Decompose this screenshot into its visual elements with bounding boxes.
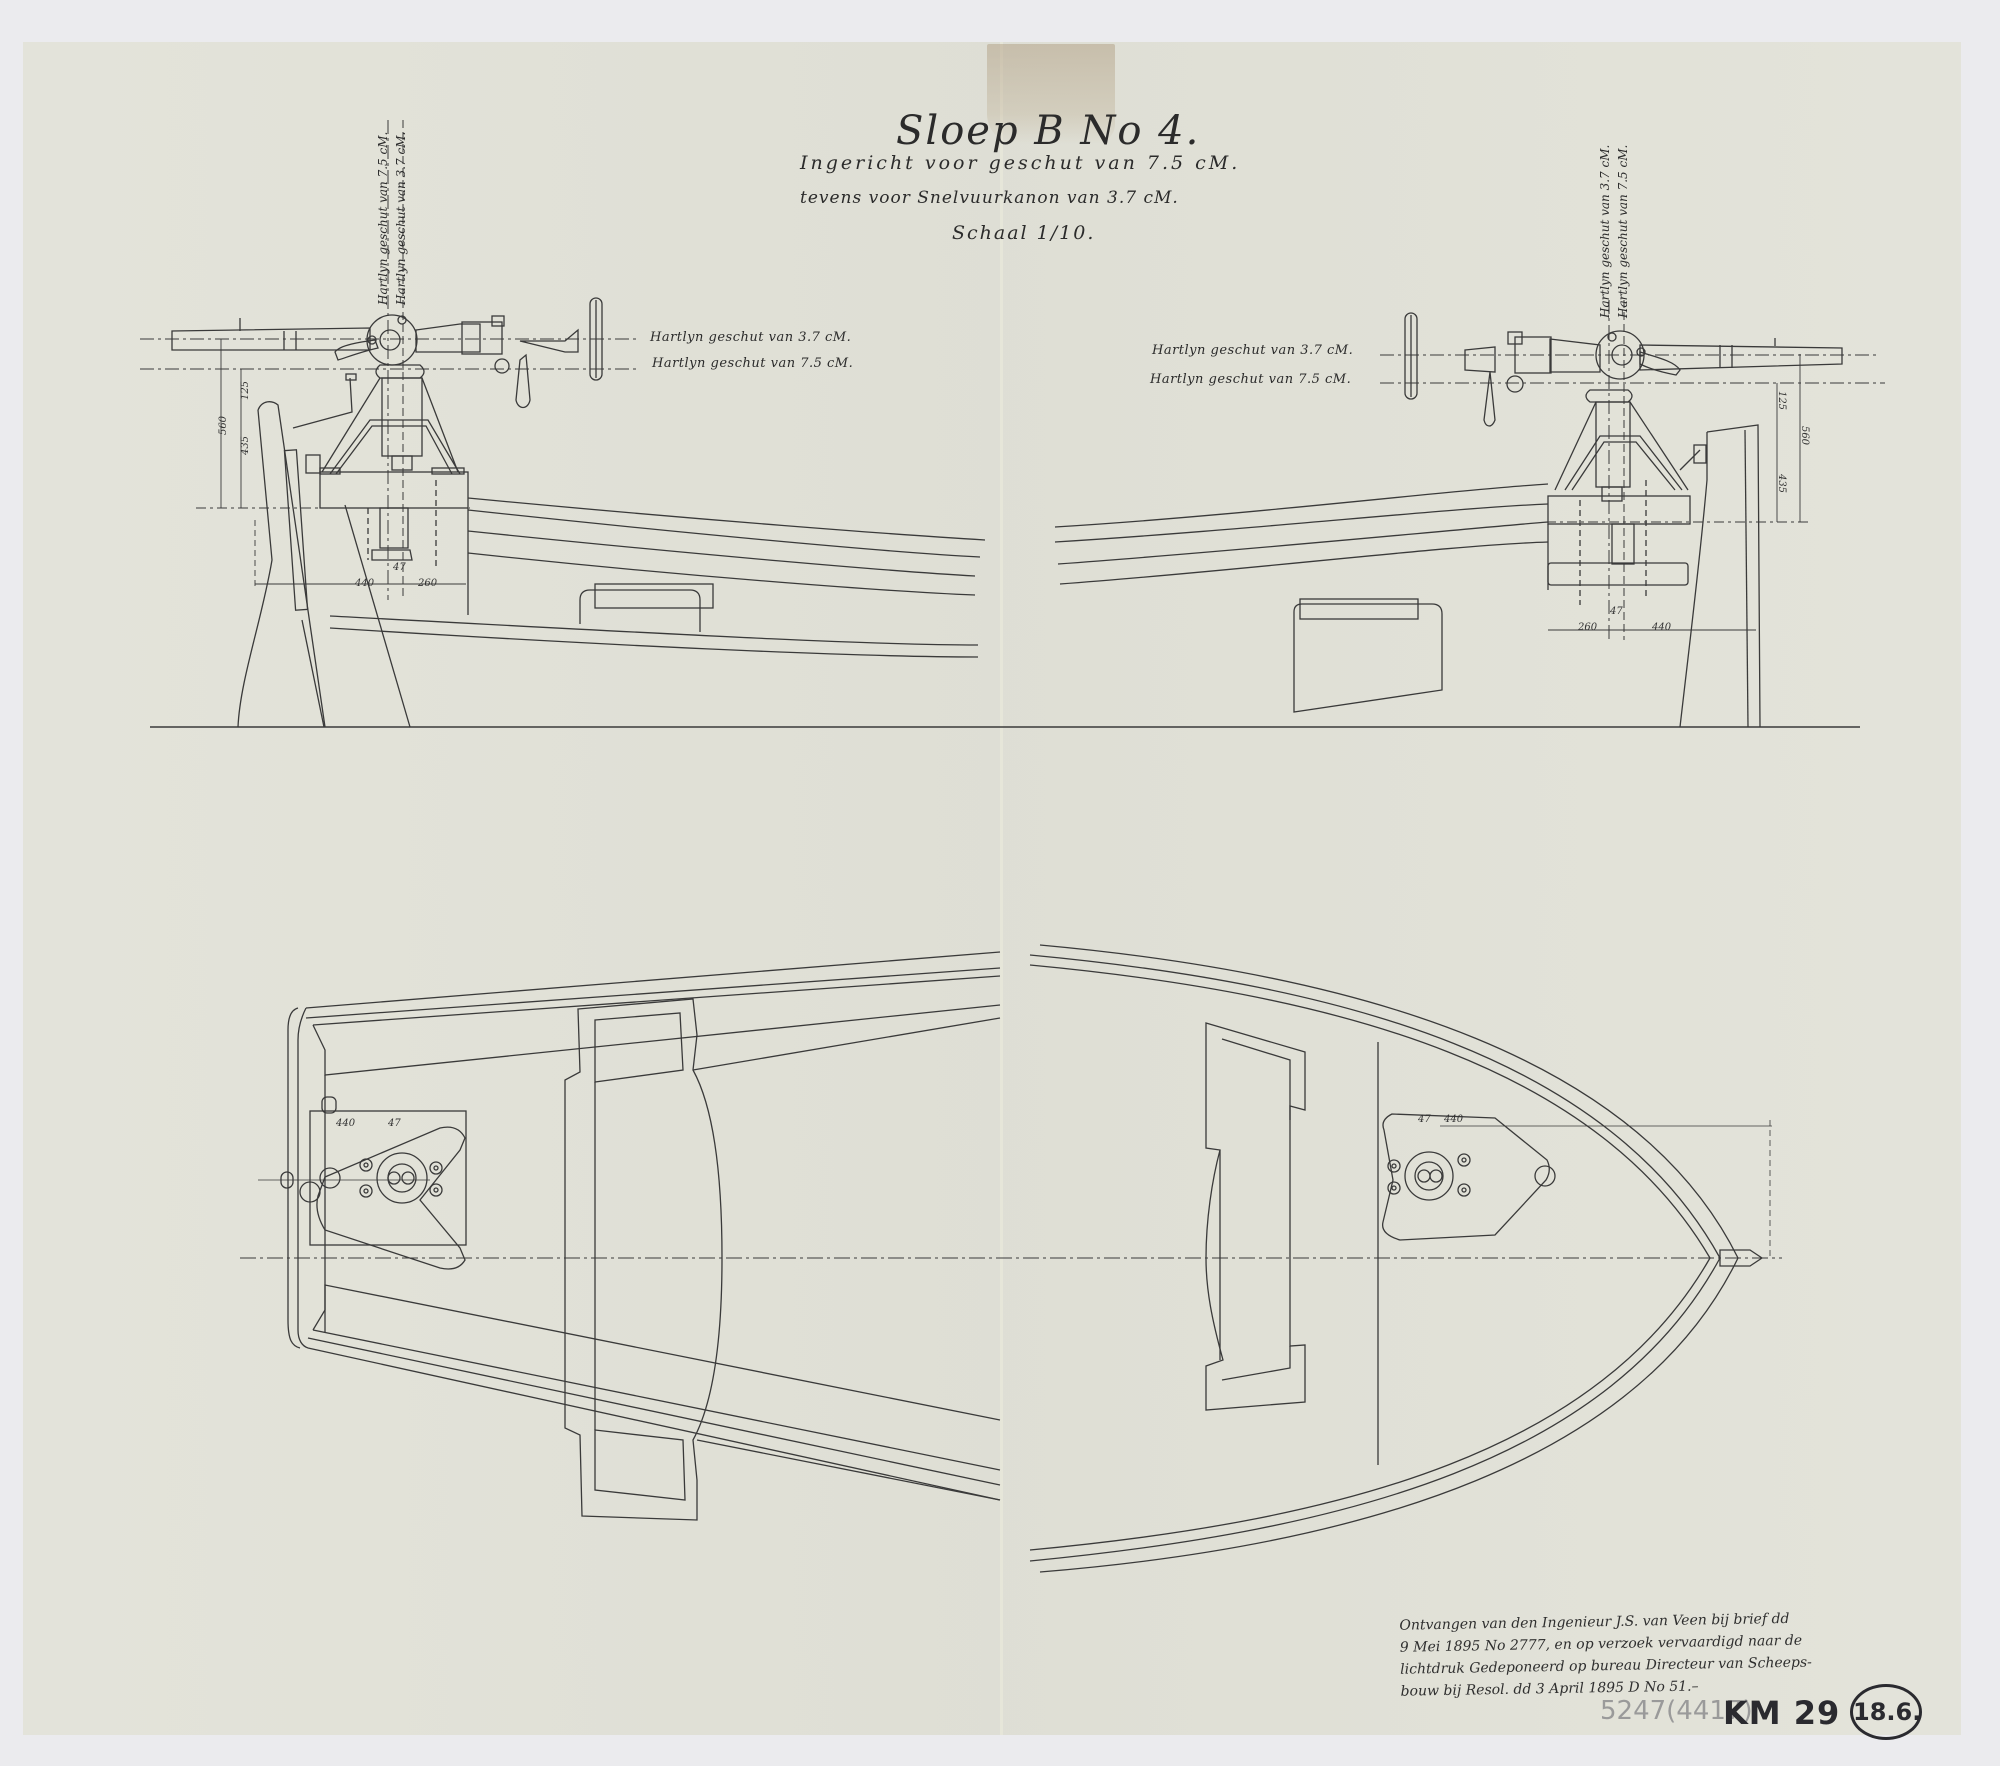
- circled-number: 18.6.: [1853, 1698, 1921, 1726]
- dim-right-440: 440: [1652, 622, 1671, 633]
- drawing-subtitle-1: Ingericht voor geschut van 7.5 cM.: [800, 152, 1240, 174]
- technical-drawing: [0, 0, 2000, 1766]
- dim-left-440: 440: [355, 578, 374, 589]
- dim-plan-stern-440: 440: [336, 1118, 355, 1129]
- right-vertical-axis-label-2: Hartlyn geschut van 7.5 cM.: [1616, 145, 1630, 318]
- drawing-scale: Schaal 1/10.: [952, 222, 1095, 244]
- dim-left-125: 125: [240, 381, 251, 400]
- dim-left-560: 560: [218, 416, 229, 435]
- dim-plan-stern-47: 47: [388, 1118, 401, 1129]
- dim-right-47: 47: [1610, 606, 1623, 617]
- dim-plan-bow-440: 440: [1444, 1114, 1463, 1125]
- dim-left-435: 435: [240, 436, 251, 455]
- left-vertical-axis-label-1: Hartlyn geschut van 7.5 cM.: [376, 132, 390, 305]
- dim-right-560: 560: [1799, 426, 1810, 445]
- right-vertical-axis-label-1: Hartlyn geschut van 3.7 cM.: [1598, 145, 1612, 318]
- dim-left-260: 260: [418, 578, 437, 589]
- side-view-right: [1055, 300, 1885, 727]
- drawing-subtitle-2: tevens voor Snelvuurkanon van 3.7 cM.: [800, 188, 1179, 208]
- left-axis-label-2: Hartlyn geschut van 7.5 cM.: [652, 356, 853, 371]
- collection-stamp: KM 29: [1723, 1694, 1840, 1732]
- dim-plan-bow-47: 47: [1418, 1114, 1431, 1125]
- right-axis-label-1: Hartlyn geschut van 3.7 cM.: [1152, 343, 1353, 358]
- dim-right-125: 125: [1776, 391, 1787, 410]
- dim-right-260: 260: [1578, 622, 1597, 633]
- plan-view: [240, 945, 1782, 1572]
- left-vertical-axis-label-2: Hartlyn geschut van 3.7 cM.: [394, 132, 408, 305]
- dim-right-435: 435: [1776, 474, 1787, 493]
- drawing-title: Sloep B No 4.: [896, 108, 1200, 154]
- dim-left-47: 47: [393, 562, 406, 573]
- right-axis-label-2: Hartlyn geschut van 7.5 cM.: [1150, 372, 1351, 387]
- archive-note: Ontvangen van den Ingenieur J.S. van Vee…: [1399, 1605, 1940, 1702]
- left-axis-label-1: Hartlyn geschut van 3.7 cM.: [650, 330, 851, 345]
- circled-number-stamp: 18.6.: [1850, 1684, 1922, 1740]
